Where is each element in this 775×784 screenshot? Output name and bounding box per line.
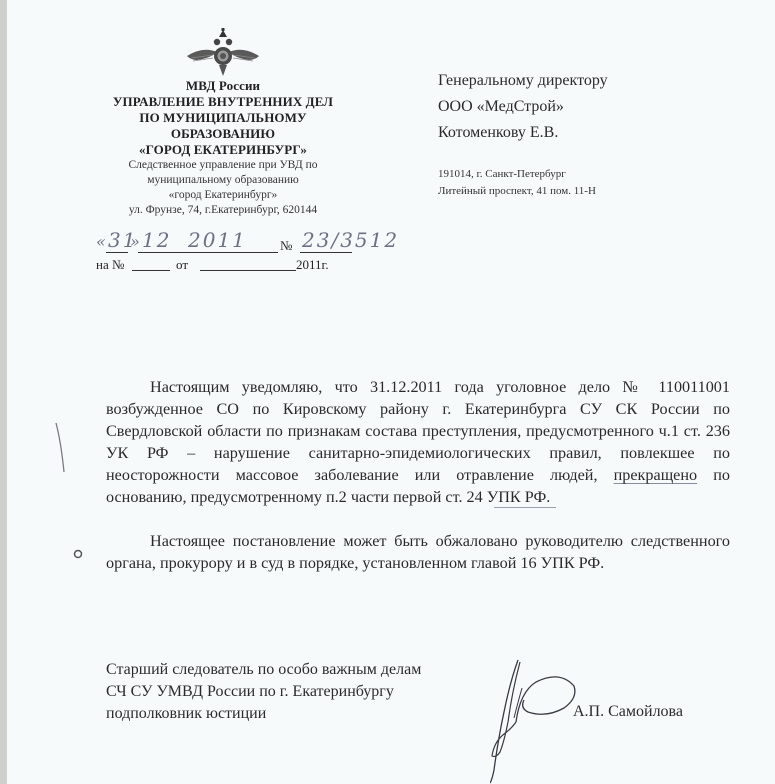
open-quote: « [96, 232, 108, 251]
org-line-municipal: ПО МУНИЦИПАЛЬНОМУ [88, 110, 358, 126]
addressee-address: 191014, г. Санкт-Петербург Литейный прос… [438, 166, 758, 200]
ref-number-blank [132, 270, 170, 271]
addressee: Генеральному директору ООО «МедСтрой» Ко… [438, 68, 758, 146]
addressee-position: Генеральному директору [438, 68, 758, 94]
org-line-department: УПРАВЛЕНИЕ ВНУТРЕННИХ ДЕЛ [88, 94, 358, 110]
handwritten-month: 12 [142, 228, 171, 252]
handwritten-number: 23/3512 [302, 228, 399, 252]
outgoing-date-number: « 31 » 12 2011 № 23/3512 [96, 228, 396, 256]
ref-year: 2011г. [296, 257, 329, 273]
ref-from-label: от [176, 257, 188, 273]
signatory-rank: подполковник юстиции [106, 703, 506, 725]
pen-underline [494, 506, 556, 508]
paragraph-appeal: Настоящее постановление может быть обжал… [106, 530, 730, 574]
sub-line-investigation: Следственное управление при УВД по [88, 158, 358, 173]
sub-line-municipal: муниципальному образованию [88, 173, 358, 188]
handwritten-year: 2011 [188, 228, 247, 252]
signatory-title: Старший следователь по особо важным дела… [106, 659, 506, 725]
addressee-street: Литейный проспект, 41 пом. 11-Н [438, 183, 758, 200]
margin-pen-mark [55, 422, 69, 474]
addressee-city: 191014, г. Санкт-Петербург [438, 166, 758, 183]
addressee-company: ООО «МедСтрой» [438, 94, 758, 120]
sub-line-address: ул. Фрунзе, 74, г.Екатеринбург, 620144 [88, 203, 358, 218]
letter-body: Настоящим уведомляю, что 31.12.2011 года… [106, 376, 730, 574]
number-label: № [280, 238, 292, 254]
paragraph-notification: Настоящим уведомляю, что 31.12.2011 года… [106, 376, 730, 508]
handwritten-signature [490, 652, 580, 784]
day-underline [106, 252, 128, 253]
org-line-ministry: МВД России [88, 78, 358, 94]
reference-row: на № от 2011г. [96, 257, 396, 277]
signatory-position: Старший следователь по особо важным дела… [106, 659, 506, 681]
signatory-name: А.П. Самойлова [573, 703, 683, 721]
number-underline [300, 252, 352, 253]
terminated-underlined: прекращено [614, 466, 698, 484]
mvd-emblem-icon [183, 28, 263, 78]
org-line-city: «ГОРОД ЕКАТЕРИНБУРГ» [88, 142, 358, 158]
scan-edge [0, 0, 7, 784]
date-underline [138, 252, 278, 253]
addressee-name: Котоменкову Е.В. [438, 120, 758, 146]
ref-number-label: на № [96, 257, 124, 273]
letterhead: МВД России УПРАВЛЕНИЕ ВНУТРЕННИХ ДЕЛ ПО … [88, 28, 358, 218]
margin-scribble-mark [72, 548, 84, 560]
sub-line-city: «город Екатеринбург» [88, 188, 358, 203]
signatory-unit: СЧ СУ УМВД России по г. Екатеринбургу [106, 681, 506, 703]
close-quote: » [130, 232, 142, 251]
ref-date-blank [200, 270, 296, 271]
org-line-formation: ОБРАЗОВАНИЮ [88, 126, 358, 142]
